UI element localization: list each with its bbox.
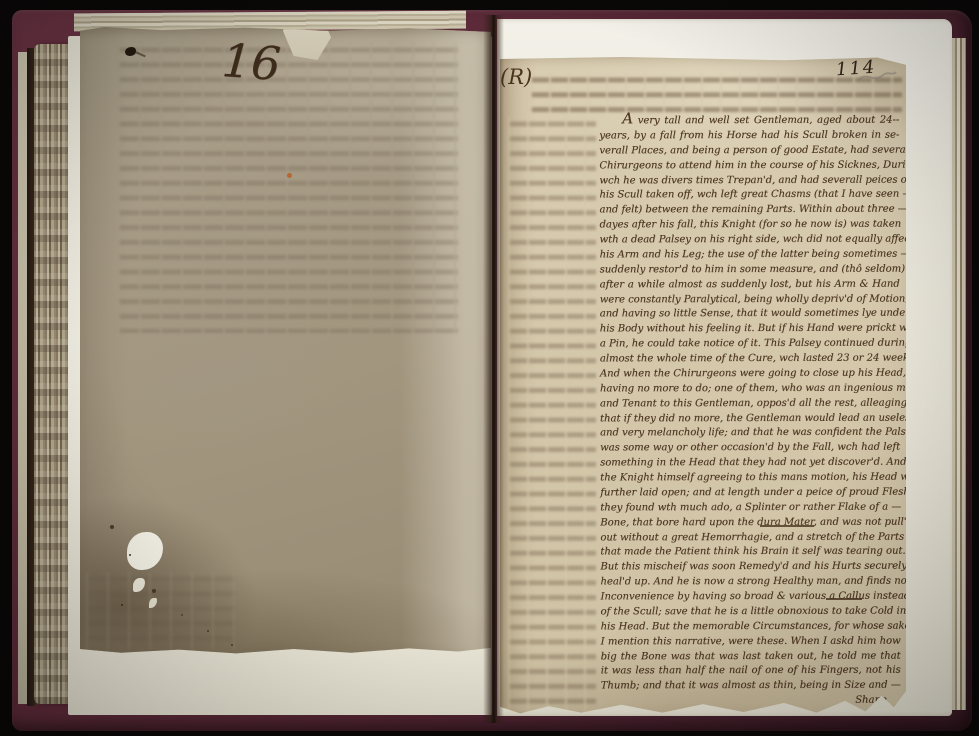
margin-letter: (R) — [500, 65, 532, 89]
manuscript-line: further laid open; and at length under a… — [600, 485, 900, 501]
lines-wrap: A very tall and well set Gentleman, aged… — [599, 111, 901, 695]
manuscript-line: the Knight himself agreeing to this mans… — [600, 471, 900, 487]
manuscript-line: almost the whole time of the Cure, wch l… — [600, 352, 900, 368]
manuscript-line: that made the Patient think his Brain it… — [600, 545, 900, 561]
ink-blot — [125, 47, 136, 56]
bleed-through-text — [86, 572, 236, 650]
manuscript-line: and felt) between the remaining Parts. W… — [599, 203, 899, 219]
manuscript-line: a Pin, he could take notice of it. This … — [600, 337, 900, 353]
folio-number: 16 — [220, 33, 282, 91]
bleed-through-text — [508, 117, 596, 717]
book-photo: 16 (R) 114 A very tall and well set Gent… — [0, 0, 979, 736]
manuscript-line: they found wth much ado, a Splinter or r… — [600, 500, 900, 516]
manuscript-line: was some way or other occasion'd by the … — [600, 441, 900, 457]
manuscript-line: that if they did no more, the Gentleman … — [600, 411, 900, 427]
manuscript-line: Thumb; and that it was almost as thin, b… — [601, 679, 901, 695]
book-gutter — [483, 15, 504, 723]
manuscript-line: and Tenant to this Gentleman, oppos'd al… — [600, 396, 900, 412]
manuscript-line: it was less than half the nail of one of… — [601, 664, 901, 680]
manuscript-line: A very tall and well set Gentleman, aged… — [599, 111, 899, 130]
manuscript-line: his Head. But the memorable Circumstance… — [601, 619, 901, 635]
left-parchment-page: 16 — [80, 27, 491, 654]
manuscript-line: I mention this narrative, were these. Wh… — [601, 634, 901, 650]
manuscript-line: dayes after his fall, this Knight (for s… — [599, 218, 899, 234]
manuscript-line: wch he was divers times Trepan'd, and ha… — [599, 173, 899, 189]
cover-lining-edge — [18, 52, 27, 704]
right-page-edges-stack — [952, 38, 966, 710]
manuscript-line: Chirurgeons to attend him in the course … — [599, 158, 899, 174]
rust-fleck — [287, 173, 292, 178]
manuscript-line: his Body without his feeling it. But if … — [600, 322, 900, 338]
manuscript-line: something in the Head that they had not … — [600, 456, 900, 472]
manuscript-line: were constantly Paralytical, being wholl… — [600, 292, 900, 308]
text-block: A very tall and well set Gentleman, aged… — [599, 111, 901, 710]
manuscript-line: Bone, that bore hard upon the dura Mater… — [600, 515, 900, 531]
manuscript-line: and having so little Sense, that it woul… — [600, 307, 900, 323]
manuscript-line: suddenly restor'd to him in some measure… — [600, 262, 900, 278]
manuscript-line: years, by a fall from his Horse had his … — [599, 128, 899, 144]
manuscript-line: And when the Chirurgeons were going to c… — [600, 366, 900, 382]
manuscript-line: out without a great Hemorrhagie, and a s… — [600, 530, 900, 546]
underline-dura-mater — [760, 525, 814, 527]
pencil-squiggle — [856, 67, 898, 87]
manuscript-line: heal'd up. And he is now a strong Health… — [600, 575, 900, 591]
manuscript-line: having no more to do; one of them, who w… — [600, 381, 900, 397]
underline-callus — [826, 598, 862, 600]
top-page-edges-stack — [74, 11, 466, 32]
manuscript-line: wth a dead Palsey on his right side, wch… — [600, 233, 900, 249]
manuscript-line: after a while almost as suddenly lost, b… — [600, 277, 900, 293]
damage-white-spot — [127, 532, 163, 570]
manuscript-line: and very melancholy life; and that he wa… — [600, 426, 900, 442]
manuscript-line: verall Places, and being a person of goo… — [599, 143, 899, 159]
manuscript-line: of the Scull; save that he is a little o… — [601, 604, 901, 620]
bleed-through-text — [118, 43, 458, 333]
stain-speckles — [110, 525, 114, 529]
manuscript-line: his Arm and his Leg; the use of the latt… — [600, 247, 900, 263]
manuscript-line: But this mischeif was soon Remedy'd and … — [600, 560, 900, 576]
manuscript-line: big the Bone was that was last taken out… — [601, 649, 901, 665]
manuscript-line: his Scull taken off, wch left great Chas… — [599, 188, 899, 204]
manuscript-page: (R) 114 A very tall and well set Gentlem… — [500, 57, 906, 714]
